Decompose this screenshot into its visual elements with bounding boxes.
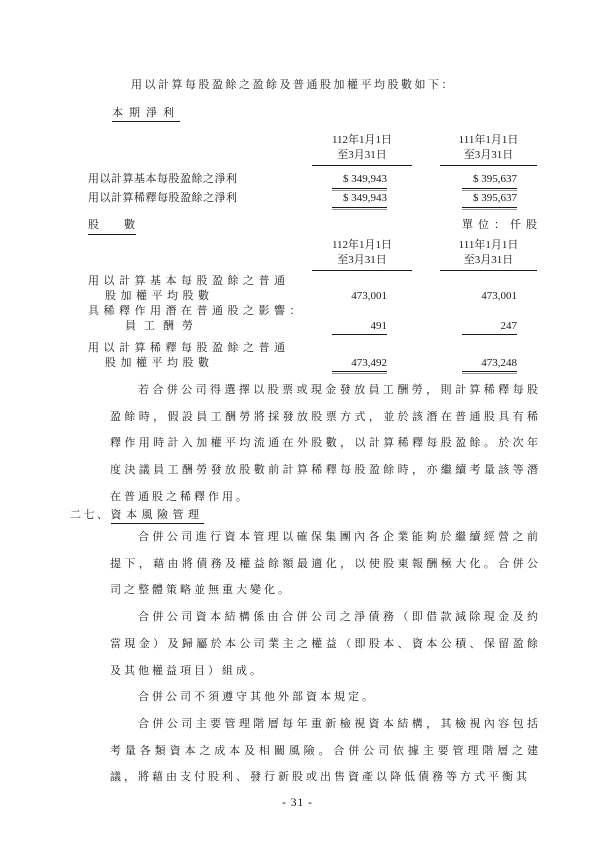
intro-line: 用以計算每股盈餘之盈餘及普通股加權平均股數如下： bbox=[131, 78, 455, 92]
capital-risk-heading: 二七、資本風險管理 bbox=[70, 507, 204, 523]
row-label: 用以計算基本每股盈餘之淨利 bbox=[88, 170, 312, 189]
column-gap bbox=[412, 238, 440, 271]
column-gap bbox=[412, 133, 440, 166]
amount-current: $ 349,943 bbox=[332, 170, 387, 189]
table-row: 用以計算基本每股盈餘之普通 bbox=[88, 274, 537, 289]
row-label: 具稀釋作用潛在普通股之影響： bbox=[88, 304, 537, 319]
share-count-table-header: 112年1月1日 至3月31日 111年1月1日 至3月31日 bbox=[88, 238, 537, 271]
period-prior-line2: 至3月31日 bbox=[440, 253, 537, 268]
unit-label: 單位：仟股 bbox=[462, 216, 542, 235]
amount-prior: $ 395,637 bbox=[462, 189, 517, 208]
shares-prior: 473,001 bbox=[481, 289, 517, 304]
row-label-continued: 股加權平均股數 bbox=[88, 289, 312, 304]
share-count-heading: 股 數 bbox=[88, 216, 136, 235]
net-profit-heading-text: 本期淨利 bbox=[112, 107, 180, 122]
header-spacer bbox=[88, 238, 312, 271]
net-profit-table: 112年1月1日 至3月31日 111年1月1日 至3月31日 用以計算基本每股… bbox=[88, 133, 537, 208]
period-prior-line2: 至3月31日 bbox=[440, 148, 537, 163]
shares-prior: 247 bbox=[462, 319, 517, 335]
paragraph: 合併公司主要管理階層每年重新檢視資本結構，其檢視內容包括考量各類資本之成本及相關… bbox=[110, 711, 541, 791]
period-column-current: 112年1月1日 至3月31日 bbox=[312, 133, 412, 166]
net-profit-table-header: 112年1月1日 至3月31日 111年1月1日 至3月31日 bbox=[88, 133, 537, 166]
period-current-line2: 至3月31日 bbox=[312, 253, 412, 268]
row-label: 用以計算稀釋每股盈餘之普通 bbox=[88, 341, 537, 356]
page-number: - 31 - bbox=[0, 797, 595, 809]
amount-current: $ 349,943 bbox=[332, 189, 387, 208]
row-label: 用以計算稀釋每股盈餘之淨利 bbox=[88, 189, 312, 208]
employee-comp-note: 若合併公司得選擇以股票或現金發放員工酬勞，則計算稀釋每股盈餘時，假設員工酬勞將採… bbox=[110, 377, 541, 511]
shares-prior: 473,248 bbox=[462, 356, 517, 372]
row-label: 用以計算基本每股盈餘之普通 bbox=[88, 274, 537, 289]
table-row: 具稀釋作用潛在普通股之影響： bbox=[88, 304, 537, 319]
section-number: 二七、 bbox=[70, 509, 111, 521]
period-current-line2: 至3月31日 bbox=[312, 148, 412, 163]
table-row: 員工酬勞 491 247 bbox=[88, 319, 537, 335]
header-spacer bbox=[88, 133, 312, 166]
amount-prior: $ 395,637 bbox=[462, 170, 517, 189]
table-row: 股加權平均股數 473,492 473,248 bbox=[88, 356, 537, 372]
table-row: 股加權平均股數 473,001 473,001 bbox=[88, 289, 537, 304]
period-column-prior: 111年1月1日 至3月31日 bbox=[440, 238, 537, 271]
section-title: 資本風險管理 bbox=[111, 509, 204, 524]
share-count-table: 112年1月1日 至3月31日 111年1月1日 至3月31日 用以計算基本每股… bbox=[88, 238, 537, 372]
period-prior-line1: 111年1月1日 bbox=[440, 238, 537, 253]
capital-risk-paragraphs: 合併公司進行資本管理以確保集團內各企業能夠於繼續經營之前提下，藉由將債務及權益餘… bbox=[110, 524, 541, 791]
period-column-current: 112年1月1日 至3月31日 bbox=[312, 238, 412, 271]
period-current-line1: 112年1月1日 bbox=[312, 238, 412, 253]
document-page: 用以計算每股盈餘之盈餘及普通股加權平均股數如下： 本期淨利 112年1月1日 至… bbox=[0, 0, 595, 842]
table-row: 用以計算基本每股盈餘之淨利 $ 349,943 $ 395,637 bbox=[88, 170, 537, 189]
paragraph: 合併公司不須遵守其他外部資本規定。 bbox=[110, 684, 541, 711]
shares-current: 491 bbox=[332, 319, 387, 335]
paragraph: 合併公司資本結構係由合併公司之淨債務（即借款減除現金及約當現金）及歸屬於本公司業… bbox=[110, 604, 541, 684]
period-prior-line1: 111年1月1日 bbox=[440, 133, 537, 148]
net-profit-heading: 本期淨利 bbox=[112, 104, 180, 120]
table-row: 用以計算稀釋每股盈餘之淨利 $ 349,943 $ 395,637 bbox=[88, 189, 537, 208]
shares-current: 473,492 bbox=[332, 356, 387, 372]
shares-current: 473,001 bbox=[351, 289, 387, 304]
row-label-continued: 股加權平均股數 bbox=[88, 356, 312, 372]
paragraph: 合併公司進行資本管理以確保集團內各企業能夠於繼續經營之前提下，藉由將債務及權益餘… bbox=[110, 524, 541, 604]
period-current-line1: 112年1月1日 bbox=[312, 133, 412, 148]
share-count-heading-row: 股 數 單位：仟股 bbox=[88, 216, 537, 235]
period-column-prior: 111年1月1日 至3月31日 bbox=[440, 133, 537, 166]
table-row: 用以計算稀釋每股盈餘之普通 bbox=[88, 341, 537, 356]
row-label: 員工酬勞 bbox=[88, 319, 312, 335]
